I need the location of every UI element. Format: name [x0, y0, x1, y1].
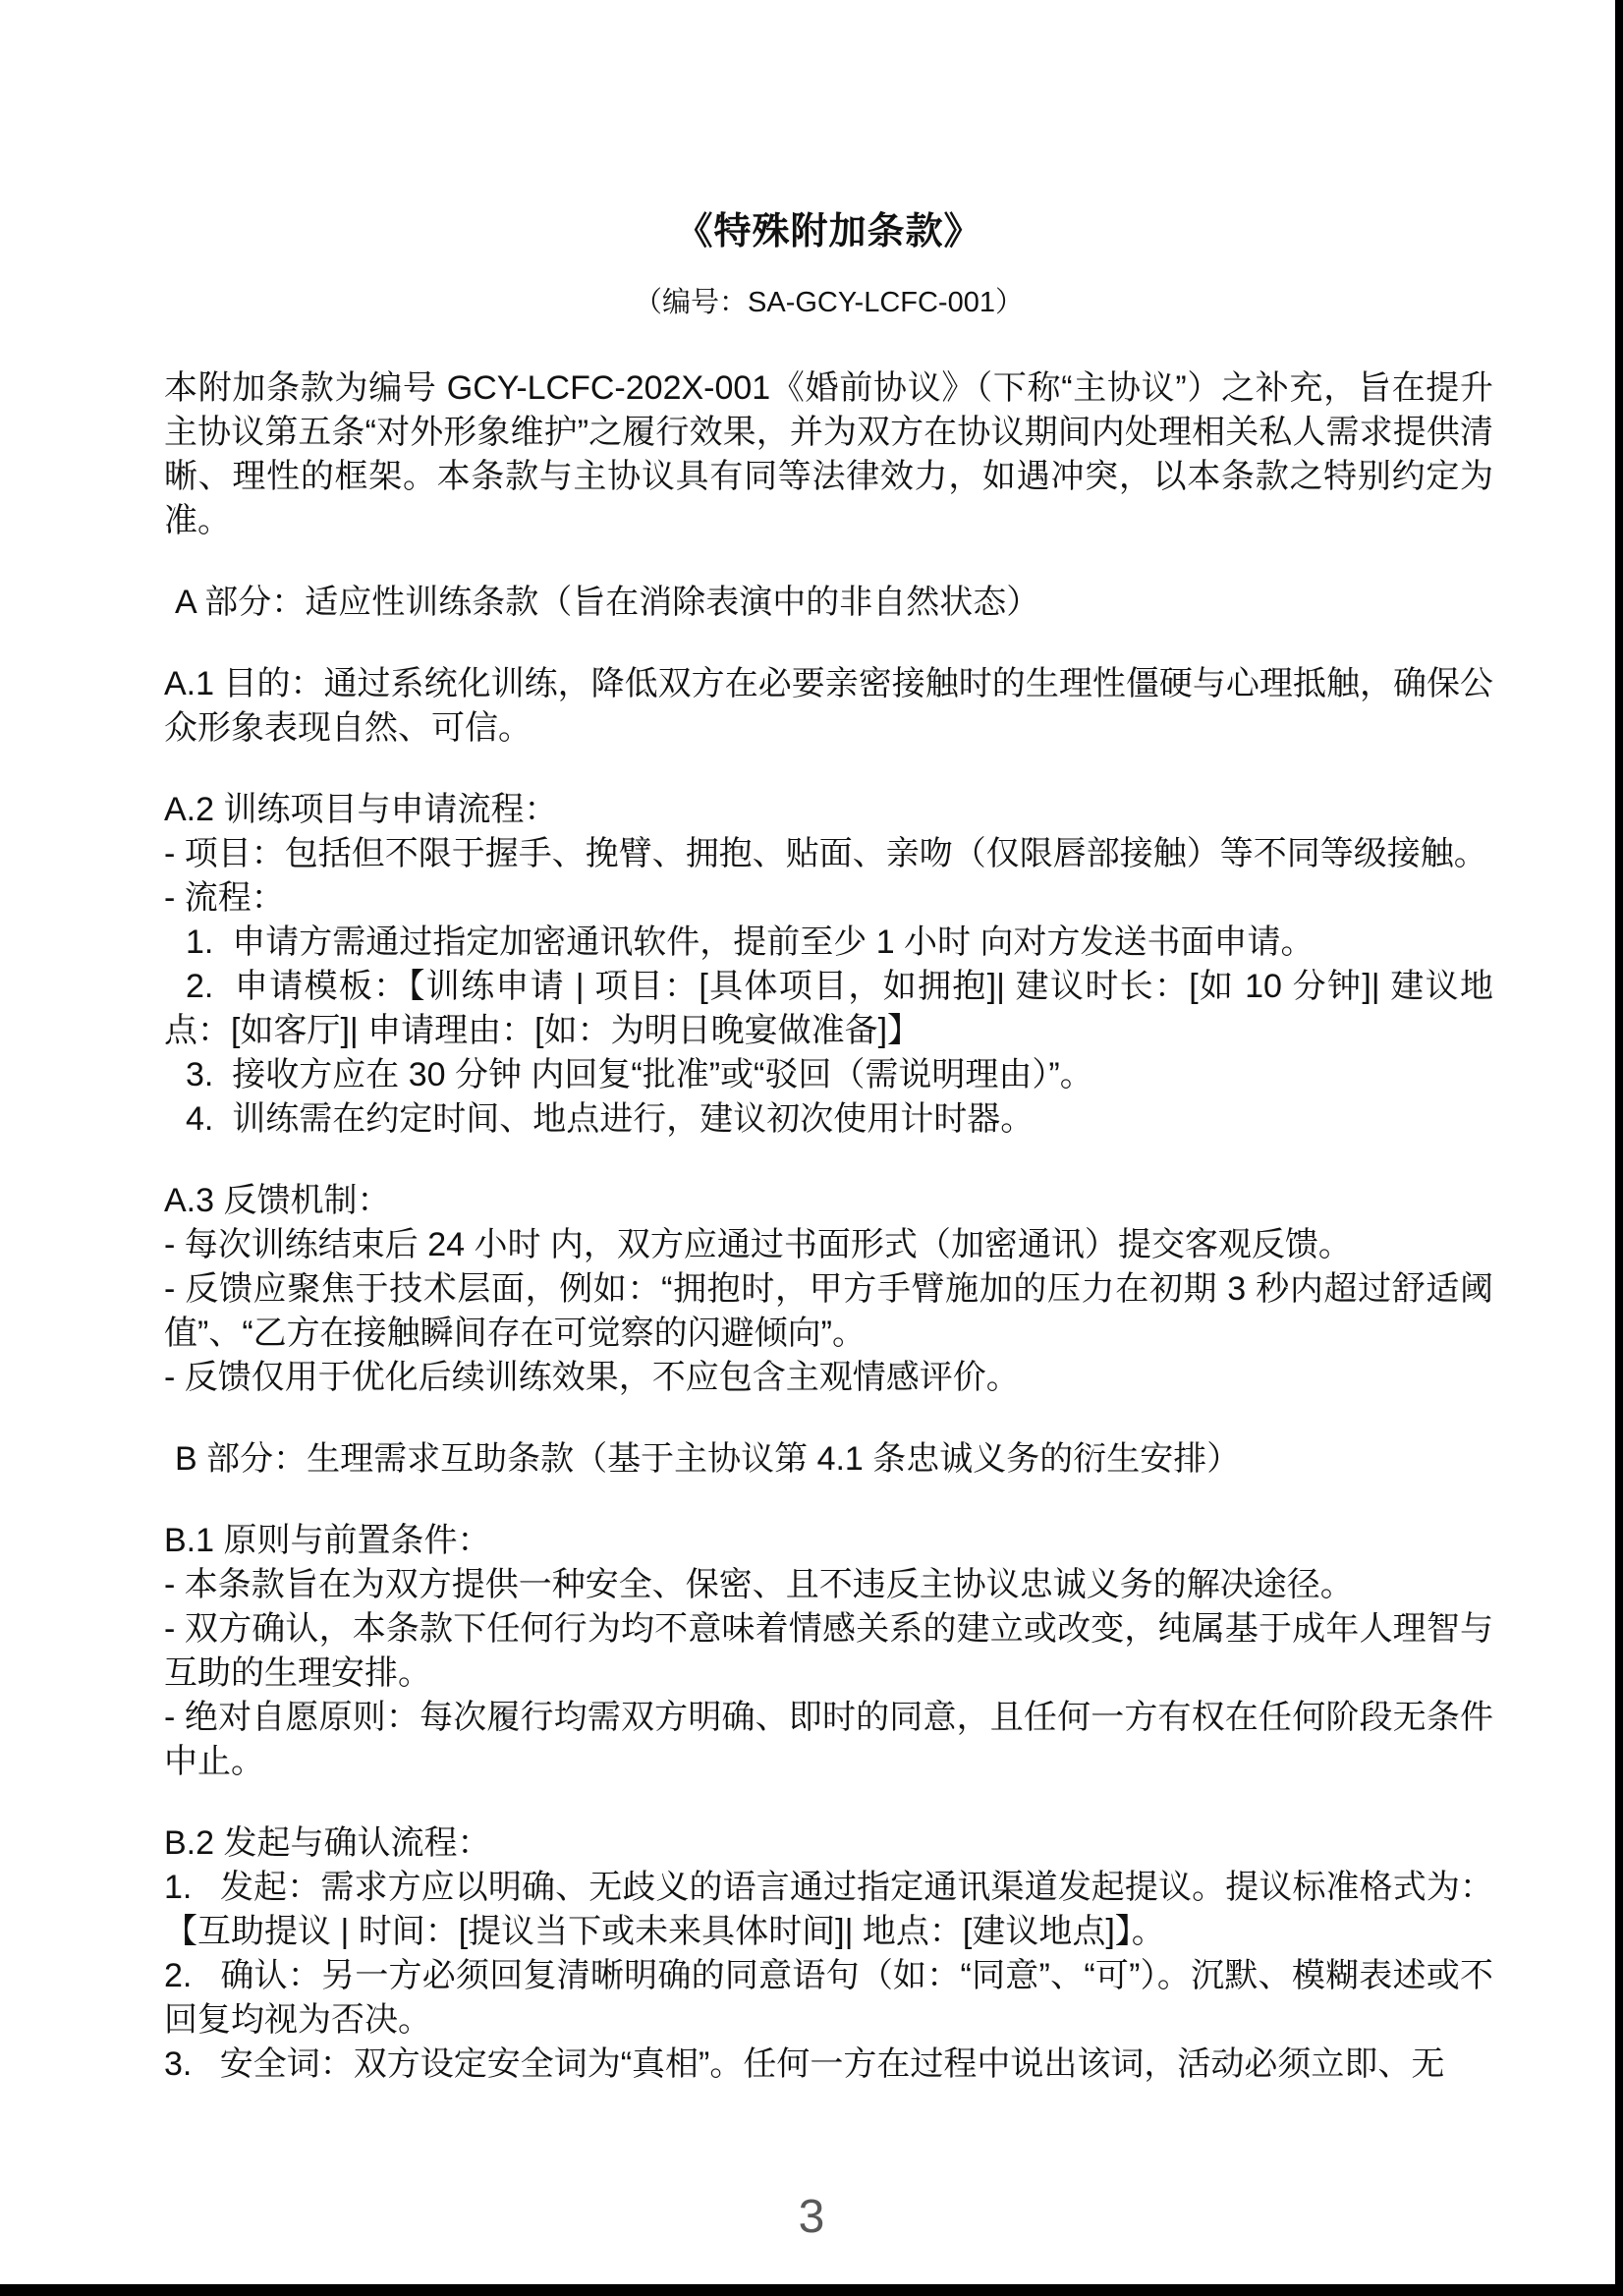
clause-a2-item-process: - 流程： [164, 876, 1493, 921]
clause-b1: B.1 原则与前置条件： - 本条款旨在为双方提供一种安全、保密、且不违反主协议… [164, 1519, 1493, 1784]
clause-b2-step-1: 1. 发起：需求方应以明确、无歧义的语言通过指定通讯渠道发起提议。提议标准格式为… [164, 1866, 1493, 1954]
clause-b1-bullet-2: - 双方确认，本条款下任何行为均不意味着情感关系的建立或改变，纯属基于成年人理智… [164, 1607, 1493, 1696]
clause-a3: A.3 反馈机制： - 每次训练结束后 24 小时 内，双方应通过书面形式（加密… [164, 1179, 1493, 1400]
clause-a2-step-2: 2. 申请模板：【训练申请 | 项目：[具体项目，如拥抱]| 建议时长：[如 1… [164, 965, 1493, 1053]
clause-a3-heading: A.3 反馈机制： [164, 1179, 1493, 1223]
clause-a3-bullet-3: - 反馈仅用于优化后续训练效果，不应包含主观情感评价。 [164, 1356, 1493, 1400]
clause-b1-heading: B.1 原则与前置条件： [164, 1519, 1493, 1563]
intro-paragraph: 本附加条款为编号 GCY-LCFC-202X-001《婚前协议》（下称“主协议”… [164, 366, 1493, 543]
clause-b2: B.2 发起与确认流程： 1. 发起：需求方应以明确、无歧义的语言通过指定通讯渠… [164, 1821, 1493, 2087]
clause-a2: A.2 训练项目与申请流程： - 项目：包括但不限于握手、挽臂、拥抱、贴面、亲吻… [164, 788, 1493, 1142]
clause-a2-step-3: 3. 接收方应在 30 分钟 内回复“批准”或“驳回（需说明理由）”。 [164, 1053, 1493, 1097]
clause-b1-bullet-3: - 绝对自愿原则：每次履行均需双方明确、即时的同意，且任何一方有权在任何阶段无条… [164, 1696, 1493, 1784]
document-page: 《特殊附加条款》 （编号：SA-GCY-LCFC-001） 本附加条款为编号 G… [0, 0, 1623, 2296]
clause-a2-step-1: 1. 申请方需通过指定加密通讯软件，提前至少 1 小时 向对方发送书面申请。 [164, 921, 1493, 965]
clause-b2-step-2: 2. 确认：另一方必须回复清晰明确的同意语句（如：“同意”、“可”）。沉默、模糊… [164, 1954, 1493, 2043]
clause-a2-step-4: 4. 训练需在约定时间、地点进行，建议初次使用计时器。 [164, 1097, 1493, 1142]
clause-a3-bullet-1: - 每次训练结束后 24 小时 内，双方应通过书面形式（加密通讯）提交客观反馈。 [164, 1223, 1493, 1267]
scan-edge-right-bar [1615, 0, 1623, 2296]
section-b-heading: B 部分：生理需求互助条款（基于主协议第 4.1 条忠诚义务的衍生安排） [164, 1437, 1493, 1482]
clause-a1: A.1 目的：通过系统化训练，降低双方在必要亲密接触时的生理性僵硬与心理抵触，确… [164, 662, 1493, 751]
document-number: （编号：SA-GCY-LCFC-001） [164, 284, 1493, 321]
document-title: 《特殊附加条款》 [164, 209, 1493, 254]
clause-b2-heading: B.2 发起与确认流程： [164, 1821, 1493, 1866]
clause-a3-bullet-2: - 反馈应聚焦于技术层面，例如：“拥抱时，甲方手臂施加的压力在初期 3 秒内超过… [164, 1267, 1493, 1356]
scan-edge-bottom-bar [0, 2284, 1623, 2296]
clause-a2-item-project: - 项目：包括但不限于握手、挽臂、拥抱、贴面、亲吻（仅限唇部接触）等不同等级接触… [164, 832, 1493, 876]
section-a-heading: A 部分：适应性训练条款（旨在消除表演中的非自然状态） [164, 581, 1493, 625]
document-content: 《特殊附加条款》 （编号：SA-GCY-LCFC-001） 本附加条款为编号 G… [164, 0, 1493, 2087]
clause-b2-step-3: 3. 安全词：双方设定安全词为“真相”。任何一方在过程中说出该词，活动必须立即、… [164, 2043, 1493, 2087]
page-number: 3 [0, 2191, 1623, 2244]
clause-a2-heading: A.2 训练项目与申请流程： [164, 788, 1493, 832]
clause-b1-bullet-1: - 本条款旨在为双方提供一种安全、保密、且不违反主协议忠诚义务的解决途径。 [164, 1563, 1493, 1607]
